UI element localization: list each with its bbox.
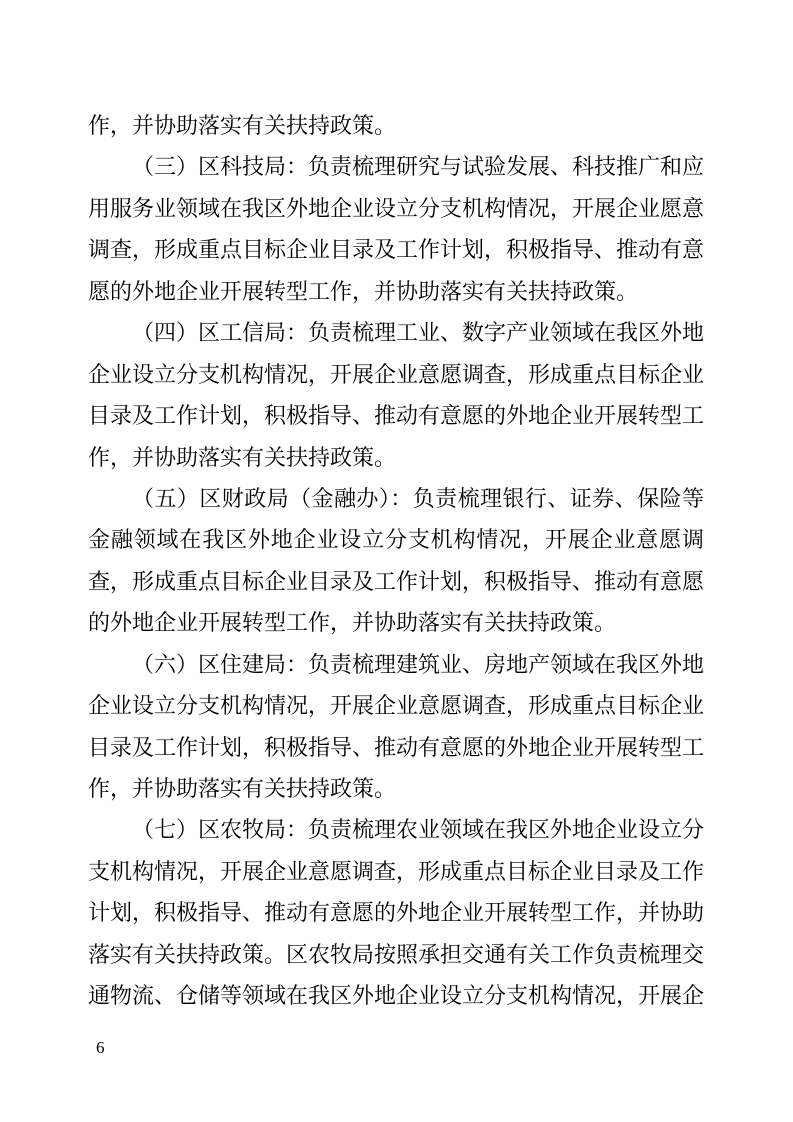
text-line: （三）区科技局：负责梳理研究与试验发展、科技推广和应 xyxy=(88,146,704,187)
text-line: 的外地企业开展转型工作，并协助落实有关扶持政策。 xyxy=(88,602,704,643)
text-line: 用服务业领域在我区外地企业设立分支机构情况，开展企业愿意 xyxy=(88,188,704,229)
text-line: 企业设立分支机构情况，开展企业意愿调查，形成重点目标企业 xyxy=(88,685,704,726)
text-line: 目录及工作计划，积极指导、推动有意愿的外地企业开展转型工 xyxy=(88,395,704,436)
text-line: 作，并协助落实有关扶持政策。 xyxy=(88,768,704,809)
text-line: 愿的外地企业开展转型工作，并协助落实有关扶持政策。 xyxy=(88,271,704,312)
text-line: 计划，积极指导、推动有意愿的外地企业开展转型工作，并协助 xyxy=(88,892,704,933)
document-body: 作，并协助落实有关扶持政策。 （三）区科技局：负责梳理研究与试验发展、科技推广和… xyxy=(88,105,704,1017)
document-page: 作，并协助落实有关扶持政策。 （三）区科技局：负责梳理研究与试验发展、科技推广和… xyxy=(0,0,793,1122)
text-line: 作，并协助落实有关扶持政策。 xyxy=(88,437,704,478)
text-line: 查，形成重点目标企业目录及工作计划，积极指导、推动有意愿 xyxy=(88,561,704,602)
text-line: 企业设立分支机构情况，开展企业意愿调查，形成重点目标企业 xyxy=(88,354,704,395)
text-line: 通物流、仓储等领域在我区外地企业设立分支机构情况，开展企 xyxy=(88,975,704,1016)
text-line: （五）区财政局（金融办）：负责梳理银行、证券、保险等 xyxy=(88,478,704,519)
text-line: 作，并协助落实有关扶持政策。 xyxy=(88,105,704,146)
text-line: （七）区农牧局：负责梳理农业领域在我区外地企业设立分 xyxy=(88,809,704,850)
text-line: 调查，形成重点目标企业目录及工作计划，积极指导、推动有意 xyxy=(88,229,704,270)
text-line: （四）区工信局：负责梳理工业、数字产业领域在我区外地 xyxy=(88,312,704,353)
text-line: （六）区住建局：负责梳理建筑业、房地产领域在我区外地 xyxy=(88,644,704,685)
text-line: 落实有关扶持政策。区农牧局按照承担交通有关工作负责梳理交 xyxy=(88,934,704,975)
page-number: 6 xyxy=(96,1038,105,1058)
text-line: 目录及工作计划，积极指导、推动有意愿的外地企业开展转型工 xyxy=(88,727,704,768)
text-line: 金融领域在我区外地企业设立分支机构情况，开展企业意愿调 xyxy=(88,519,704,560)
text-line: 支机构情况，开展企业意愿调查，形成重点目标企业目录及工作 xyxy=(88,851,704,892)
